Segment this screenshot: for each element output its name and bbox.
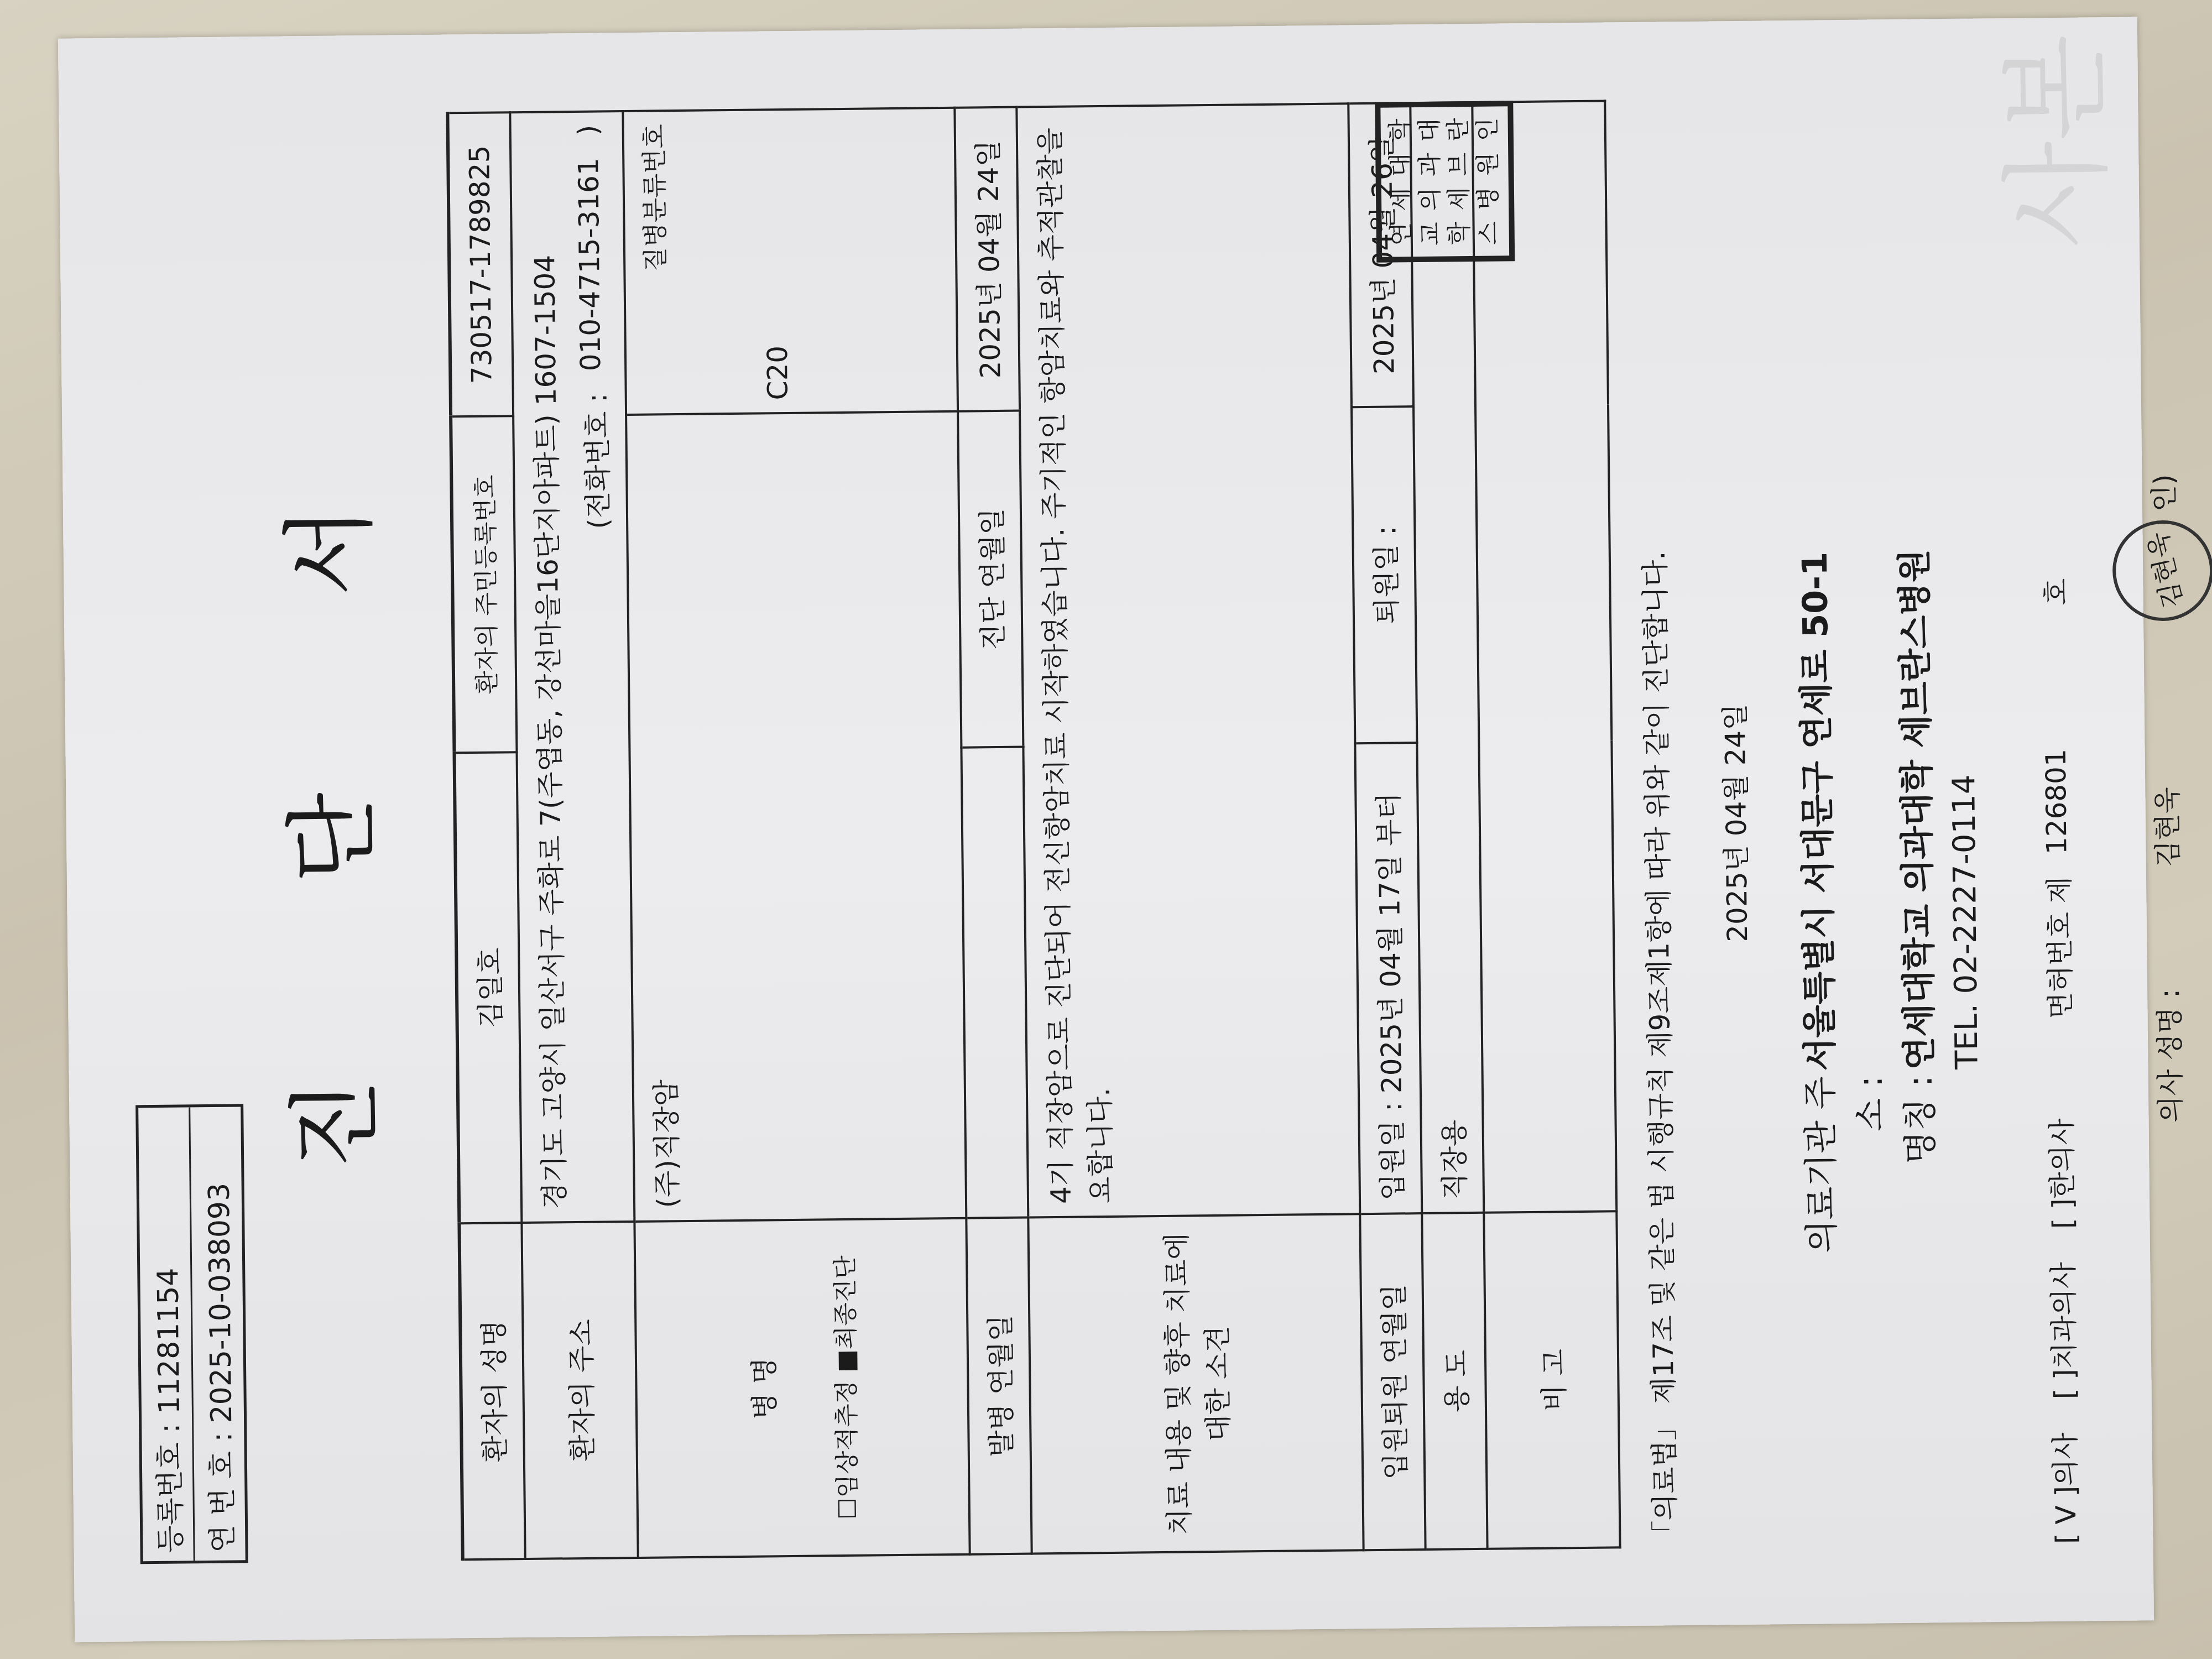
doctor-seal: 김현욱 (2103, 511, 2212, 631)
option-clinical: 임상적추정 (832, 1380, 862, 1498)
patient-phone: 010-4715-3161 (572, 158, 614, 372)
discharge-label: 퇴원일 : (1352, 406, 1417, 743)
admit-date: 2025년 04월 17일 부터 (1373, 792, 1408, 1093)
diagnosis-label: 병 명 (741, 1233, 784, 1543)
doctor-name: 김현욱 (2145, 787, 2186, 868)
patient-rrn: 730517-1789825 (447, 112, 513, 416)
certificate-paper: 등록번호 : 11281154 연 번 호 : 2025-10-038093 진… (58, 17, 2154, 1642)
license-number: 126801 (2039, 749, 2073, 854)
registration-number: 11281154 (152, 1267, 186, 1414)
patient-name-label: 환자의 성명 (459, 1223, 525, 1559)
document-title: 진 단 서 (249, 113, 399, 1480)
patient-rrn-label: 환자의 주민등록번호 (451, 416, 517, 753)
seal-suffix: 인) (2142, 474, 2182, 512)
patient-address: 경기도 고양시 일산서구 주화로 7(주엽동, 강선마을16단지아파트) 160… (521, 125, 573, 1209)
copy-watermark: 사본 (1968, 34, 2128, 249)
purpose-value: 직장용 (1410, 102, 1484, 1213)
purpose-label: 용 도 (1422, 1213, 1487, 1550)
hospital-tel: TEL. 02-2227-0114 (1942, 774, 1990, 1070)
findings-text: 4기 직장암으로 진단되어 전신항암치료 시작하였습니다. 주기적인 항암치료와… (1016, 103, 1360, 1217)
phone-label: (전화번호 : (575, 393, 617, 529)
type-doctor: [ V ]의사 (2043, 1432, 2084, 1544)
patient-name: 김일호 (454, 752, 521, 1223)
issue-date: 2025년 04월 24일 (1707, 98, 1761, 1548)
hospital-info: 의료기관 주소 :서울특별시 서대문구 연세로 50-1 명칭 :연세대학교 의… (1785, 96, 1991, 1259)
license-label: 면허번호 제 (2037, 877, 2079, 1019)
serial-label: 연 번 호 (206, 1451, 240, 1553)
option-final: 최종진단 (831, 1255, 860, 1350)
hospital-seal: 연세대학 교의과대 학세브란 스병원인 (1375, 101, 1515, 263)
admit-label: 입원일 : (1376, 1102, 1409, 1201)
diagnosis-name: (주)직장암 (626, 411, 966, 1222)
phone-close: ) (572, 124, 612, 135)
type-dentist: [ ]치과의사 (2041, 1262, 2083, 1400)
diag-date: 2025년 04월 24일 (954, 107, 1020, 411)
findings-label: 치료 내용 및 향후 치료에 대한 소견 (1028, 1214, 1363, 1553)
hospital-address-label: 의료기관 주소 : (1796, 1070, 1897, 1259)
kcd-code: C20 (759, 123, 794, 400)
doctor-section: [ V ]의사 [ ]치과의사 [ ]한의사 면허번호 제 126801 호 의… (2029, 93, 2212, 1544)
patient-address-label: 환자의 주소 (521, 1222, 638, 1559)
onset-value (961, 747, 1028, 1218)
kcd-label: 질병분류번호 (634, 124, 674, 401)
registration-box: 등록번호 : 11281154 연 번 호 : 2025-10-038093 (135, 1104, 248, 1564)
admission-label: 입원퇴원 연월일 (1360, 1213, 1425, 1550)
checkbox-clinical-icon[interactable]: ☐ (834, 1498, 862, 1520)
license-suffix: 호 (2034, 578, 2074, 606)
hospital-name: 연세대학교 의과대학 세브란스병원 (1890, 549, 1945, 1070)
doctor-sign-label: 의사 성명 : (2147, 989, 2189, 1123)
type-oriental: [ ]한의사 (2039, 1118, 2080, 1229)
legal-statement: 「의료법」 제17조 및 같은 법 시행규칙 제9조제1항에 따라 위와 같이 … (1628, 99, 1683, 1548)
checkbox-final-icon[interactable]: ■ (832, 1349, 860, 1373)
serial-number: 2025-10-038093 (203, 1183, 239, 1423)
remarks-label: 비 고 (1484, 1211, 1620, 1548)
certificate-table: 환자의 성명 김일호 환자의 주민등록번호 730517-1789825 환자의… (446, 100, 1621, 1561)
onset-label: 발병 연월일 (966, 1218, 1031, 1554)
hospital-address: 서울특별시 서대문구 연세로 50-1 (1790, 551, 1895, 1071)
registration-label: 등록번호 (154, 1442, 188, 1554)
hospital-name-label: 명칭 : (1895, 1070, 1946, 1258)
diag-date-label: 진단 연월일 (958, 411, 1023, 748)
remarks-value (1472, 101, 1616, 1212)
